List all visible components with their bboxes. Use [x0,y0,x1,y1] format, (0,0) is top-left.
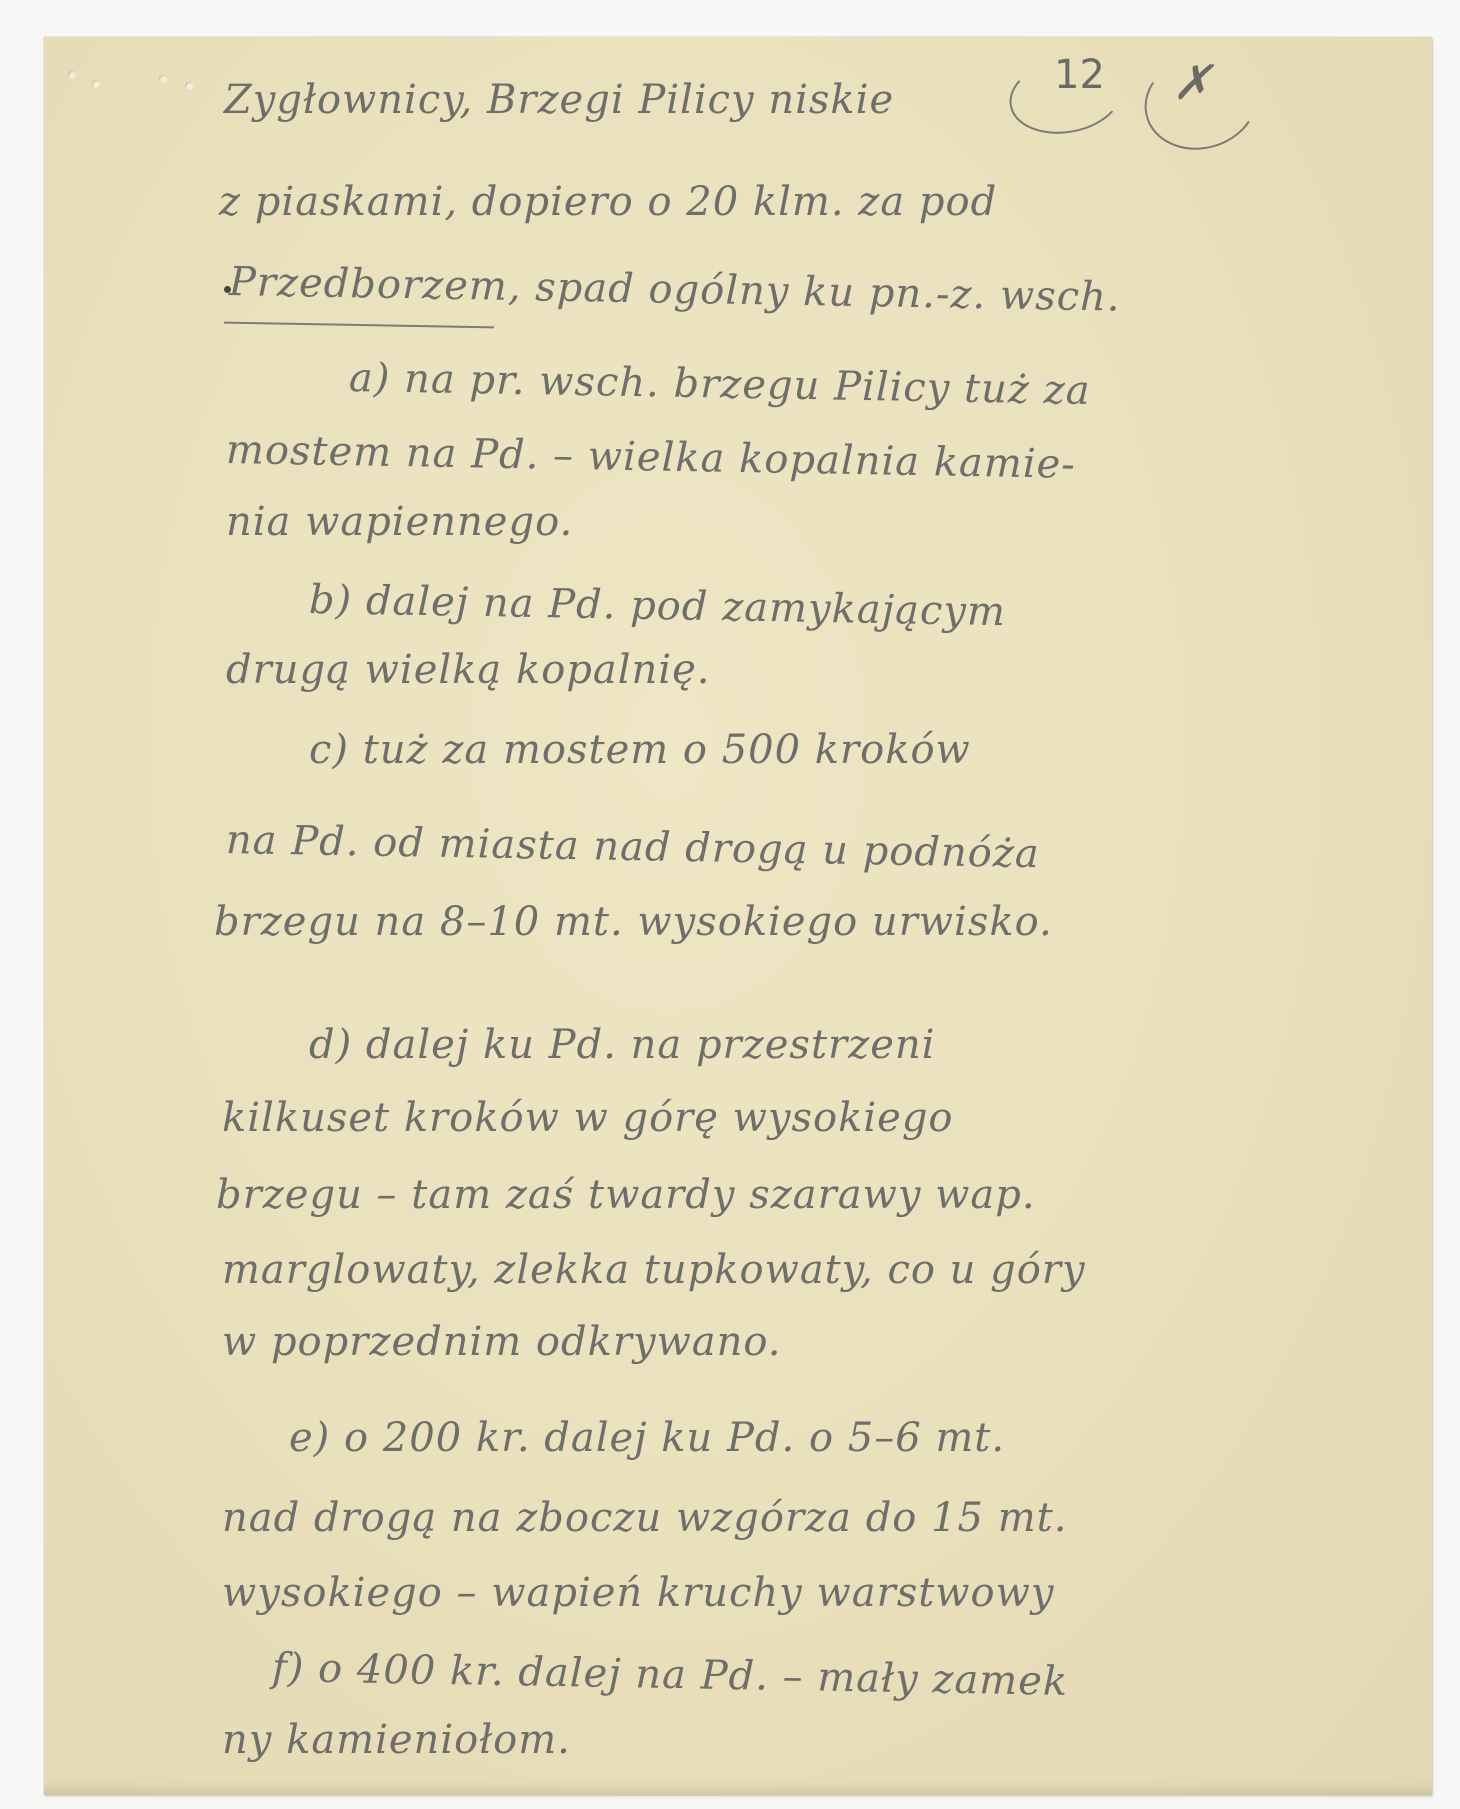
text-line-9: c) tuż za mostem o 500 kroków [309,727,971,773]
text-line-16: w poprzednim odkrywano. [222,1319,782,1365]
page-number: 12 [1054,52,1105,98]
text-line-10: na Pd. od miasta nad drogą u podnóża [226,817,1041,877]
text-line-11: brzegu na 8–10 mt. wysokiego urwisko. [214,899,1053,945]
heading-underline [224,322,494,329]
text-line-6: nia wapiennego. [226,499,573,545]
punch-hole [185,82,193,90]
text-line-3: Przedborzem, spad ogólny ku pn.-z. wsch. [229,259,1121,321]
punch-hole [92,80,100,88]
text-line-12: d) dalej ku Pd. na przestrzeni [309,1022,935,1068]
manuscript-page: 12 ✗ Zygłownicy, Brzegi Pilicy niskie z … [44,37,1432,1795]
text-line-1: Zygłownicy, Brzegi Pilicy niskie [224,77,894,123]
text-line-7: b) dalej na Pd. pod zamykającym [309,577,1007,635]
text-line-5: mostem na Pd. – wielka kopalnia kamie- [226,427,1077,488]
text-line-17: e) o 200 kr. dalej ku Pd. o 5–6 mt. [289,1415,1005,1461]
text-line-20: f) o 400 kr. dalej na Pd. – mały zamek [272,1645,1069,1705]
text-line-13: kilkuset kroków w górę wysokiego [222,1095,954,1141]
text-line-2: z piaskami, dopiero o 20 klm. za pod [219,179,997,225]
text-line-19: wysokiego – wapień kruchy warstwowy [222,1570,1054,1616]
text-line-14: brzegu – tam zaś twardy szarawy wap. [216,1172,1036,1218]
text-line-8: drugą wielką kopalnię. [226,647,710,693]
corner-mark: ✗ [1172,55,1212,111]
text-line-15: marglowaty, zlekka tupkowaty, co u góry [222,1247,1086,1293]
punch-hole [159,75,167,83]
text-line-4: a) na pr. wsch. brzegu Pilicy tuż za [349,355,1091,414]
punch-hole [68,71,76,79]
text-line-21: ny kamieniołom. [222,1717,571,1763]
text-line-18: nad drogą na zboczu wzgórza do 15 mt. [222,1495,1067,1541]
